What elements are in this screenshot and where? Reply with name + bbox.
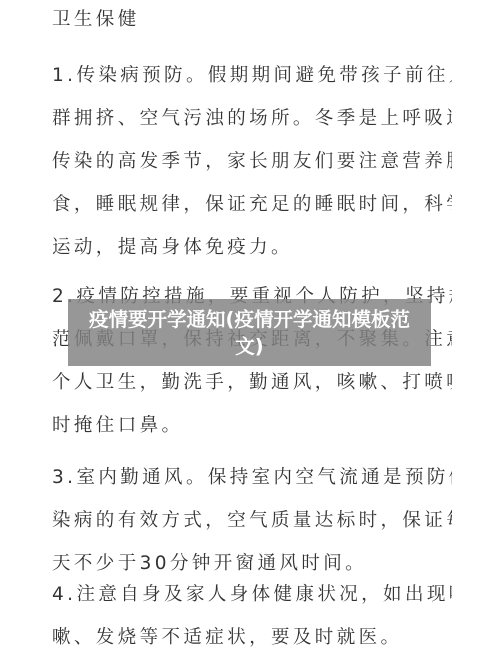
paragraph-line: 天不少于30分钟开窗通风时间。 xyxy=(52,552,452,576)
paragraph-line: 1.传染病预防。假期期间避免带孩子前往人 xyxy=(52,64,452,88)
paragraph-line: 传染的高发季节，家长朋友们要注意营养膳 xyxy=(52,150,452,174)
title-overlay-banner: 疫情要开学通知(疫情开学通知模板范文) xyxy=(68,299,431,366)
paragraph-line: 群拥挤、空气污浊的场所。冬季是上呼吸道 xyxy=(52,107,452,131)
paragraph-line: 食，睡眠规律，保证充足的睡眠时间，科学 xyxy=(52,193,452,217)
paragraph-line: 嗽、发烧等不适症状，要及时就医。 xyxy=(52,626,452,650)
paragraph-line: 个人卫生，勤洗手，勤通风，咳嗽、打喷嚏 xyxy=(52,371,452,395)
paragraph-line: 时掩住口鼻。 xyxy=(52,414,452,438)
paragraph-line: 染病的有效方式，空气质量达标时，保证每 xyxy=(52,509,452,533)
banner-title: 疫情要开学通知(疫情开学通知模板范文) xyxy=(85,306,415,360)
section-heading: 卫生保健 xyxy=(52,8,452,32)
paragraph-line: 4.注意自身及家人身体健康状况，如出现咳 xyxy=(52,583,452,607)
paragraph-line: 3.室内勤通风。保持室内空气流通是预防传 xyxy=(52,466,452,490)
paragraph-line: 运动，提高身体免疫力。 xyxy=(52,236,452,260)
